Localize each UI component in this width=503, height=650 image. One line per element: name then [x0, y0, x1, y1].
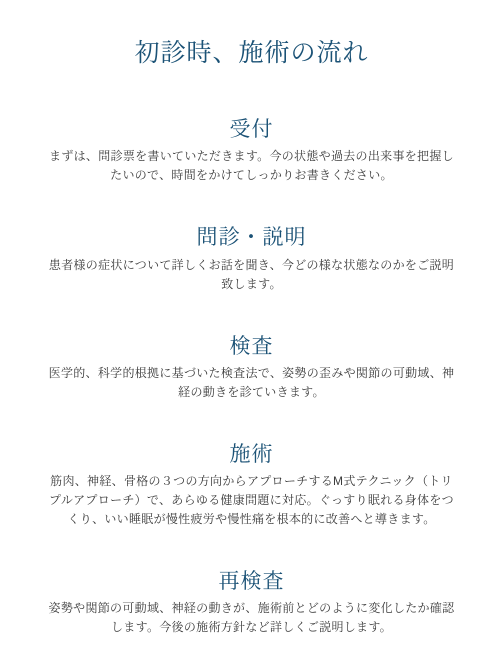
section-heading-treatment: 施術 [0, 442, 503, 467]
section-heading-reception: 受付 [0, 117, 503, 142]
section-interview: 問診・説明 患者様の症状について詳しくお話を聞き、今どの様な状態なのかをご説明致… [0, 225, 503, 293]
section-heading-examination: 検査 [0, 334, 503, 359]
section-heading-reexamination: 再検査 [0, 569, 503, 594]
section-body-examination: 医学的、科学的根拠に基づいた検査法で、姿勢の歪みや関節の可動域、神経の動きを診て… [48, 364, 456, 402]
section-heading-interview: 問診・説明 [0, 225, 503, 250]
section-body-interview: 患者様の症状について詳しくお話を聞き、今どの様な状態なのかをご説明致します。 [48, 256, 456, 294]
section-body-reexamination: 姿勢や関節の可動域、神経の動きが、施術前とどのように変化したか確認します。今後の… [48, 599, 456, 637]
section-examination: 検査 医学的、科学的根拠に基づいた検査法で、姿勢の歪みや関節の可動域、神経の動き… [0, 334, 503, 402]
section-reexamination: 再検査 姿勢や関節の可動域、神経の動きが、施術前とどのように変化したか確認します… [0, 569, 503, 637]
section-reception: 受付 まずは、問診票を書いていただきます。今の状態や過去の出来事を把握したいので… [0, 117, 503, 185]
treatment-flow-page: 初診時、施術の流れ 受付 まずは、問診票を書いていただきます。今の状態や過去の出… [0, 0, 503, 650]
section-body-treatment: 筋肉、神経、骨格の３つの方向からアプローチするM式テクニック（トリプルアプローチ… [48, 472, 456, 529]
page-title: 初診時、施術の流れ [0, 38, 503, 69]
section-body-reception: まずは、問診票を書いていただきます。今の状態や過去の出来事を把握したいので、時間… [48, 147, 456, 185]
section-treatment: 施術 筋肉、神経、骨格の３つの方向からアプローチするM式テクニック（トリプルアプ… [0, 442, 503, 529]
